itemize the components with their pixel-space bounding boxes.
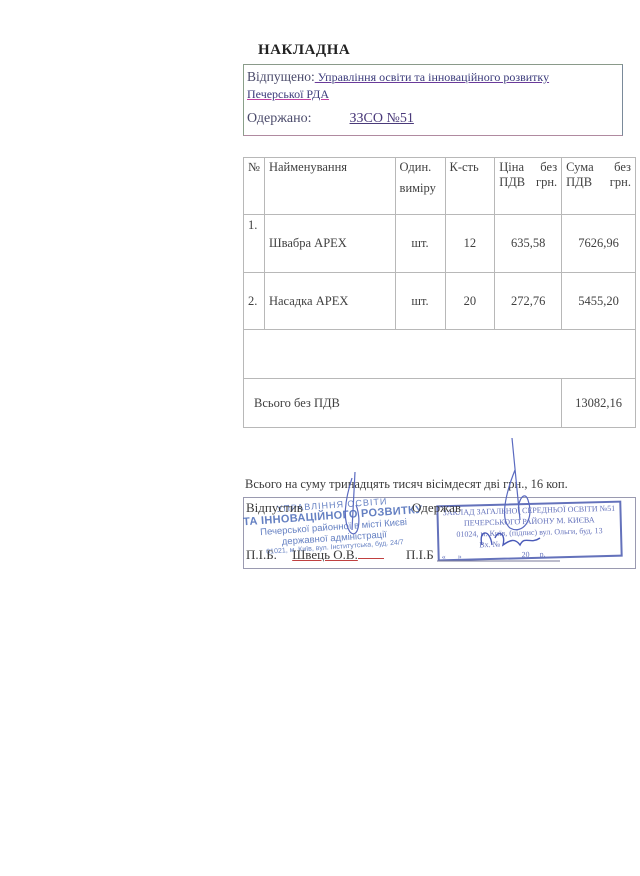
row-qty: 12 <box>445 215 495 273</box>
received-value: ЗЗСО №51 <box>312 111 414 127</box>
table-row: 1. Швабра АРЕХ шт. 12 635,58 7626,96 <box>244 215 636 273</box>
amount-in-words: Всього на суму тринадцять тисяч вісімдес… <box>245 477 568 492</box>
table-empty-row <box>244 330 636 379</box>
header-sum-w1: Сума <box>566 160 593 175</box>
received-name-label: П.І.Б <box>406 547 434 563</box>
released-name-line: П.І.Б. Швець О.В. <box>246 547 384 563</box>
row-price: 635,58 <box>495 215 562 273</box>
table-header-row: № Найменування Один. виміру К-сть Цінабе… <box>244 158 636 215</box>
header-price-w4: грн. <box>536 175 557 190</box>
row-unit: шт. <box>395 215 445 273</box>
header-unit-line2: виміру <box>400 181 441 196</box>
received-signature-label: Одержав <box>412 500 461 516</box>
header-price-w3: ПДВ <box>499 175 525 190</box>
header-unit: Один. виміру <box>395 158 445 215</box>
row-price: 272,76 <box>495 273 562 330</box>
total-label: Всього без ПДВ <box>244 379 562 428</box>
released-name-label: П.І.Б. <box>246 547 277 562</box>
row-name: Швабра АРЕХ <box>264 215 395 273</box>
header-sum-w2: без <box>614 160 631 175</box>
released-label: Відпустив <box>246 500 303 516</box>
header-sum-w4: грн. <box>610 175 631 190</box>
header-unit-line1: Один. <box>400 160 441 175</box>
stamp-receiver: ЗАКЛАД ЗАГАЛЬНОЇ СЕРЕДНЬОЇ ОСВІТИ №51 ПЕ… <box>436 501 622 562</box>
table-row: 2. Насадка АРЕХ шт. 20 272,76 5455,20 <box>244 273 636 330</box>
header-qty: К-сть <box>445 158 495 215</box>
issued-value-cont: Печерської РДА <box>247 87 329 102</box>
header-price-w1: Ціна <box>499 160 524 175</box>
received-label: Одержано: <box>247 111 312 126</box>
row-name: Насадка АРЕХ <box>264 273 395 330</box>
header-sum-w3: ПДВ <box>566 175 592 190</box>
header-num: № <box>244 158 265 215</box>
issued-line: Відпущено: Управління освіти та інноваці… <box>247 69 549 85</box>
table-total-row: Всього без ПДВ 13082,16 <box>244 379 636 428</box>
header-price-w2: без <box>540 160 557 175</box>
received-line: Одержано:ЗЗСО №51 <box>247 111 414 127</box>
row-num: 2. <box>244 273 265 330</box>
header-price: Цінабез ПДВгрн. <box>495 158 562 215</box>
header-sum: Сумабез ПДВгрн. <box>562 158 636 215</box>
document-title: НАКЛАДНА <box>258 42 350 59</box>
row-sum: 5455,20 <box>562 273 636 330</box>
issued-value: Управління освіти та інноваційного розви… <box>315 70 549 84</box>
released-name: Швець О.В. <box>292 547 358 562</box>
row-sum: 7626,96 <box>562 215 636 273</box>
issued-label: Відпущено: <box>247 69 315 84</box>
row-unit: шт. <box>395 273 445 330</box>
header-name: Найменування <box>264 158 395 215</box>
goods-table: № Найменування Один. виміру К-сть Цінабе… <box>243 157 636 428</box>
parties-box: Відпущено: Управління освіти та інноваці… <box>243 64 623 136</box>
row-num: 1. <box>244 215 265 273</box>
total-value: 13082,16 <box>562 379 636 428</box>
row-qty: 20 <box>445 273 495 330</box>
